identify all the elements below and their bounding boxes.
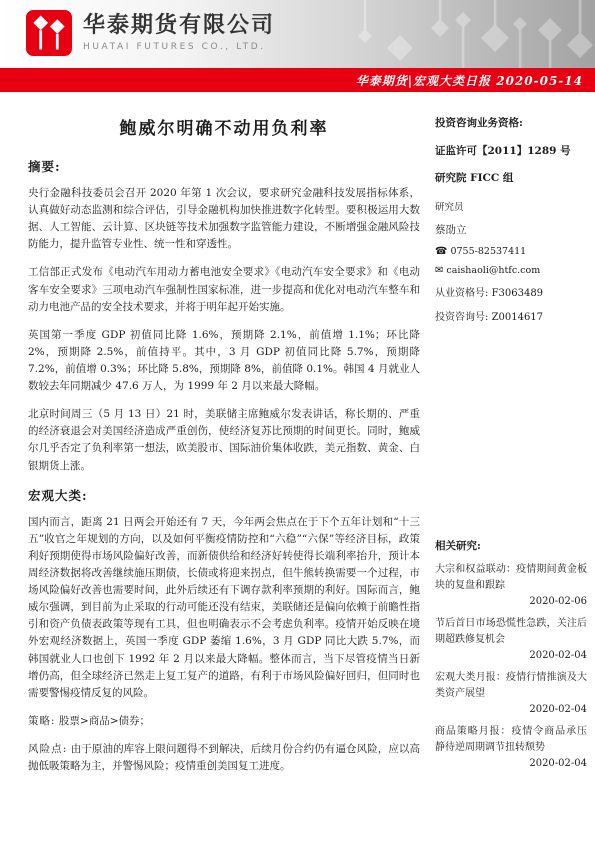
header-diamond-pattern xyxy=(345,0,595,68)
report-title: 鲍威尔明确不动用负利率 xyxy=(56,114,392,139)
abstract-paragraph: 英国第一季度 GDP 初值同比降 1.6%，预期降 2.1%，前值增 1.1%；… xyxy=(28,327,420,395)
advisory-cert-label: 投资咨询号: xyxy=(435,312,488,323)
practice-cert-label: 从业资格号: xyxy=(435,288,488,299)
researcher-label: 研究员 xyxy=(435,199,587,213)
advisory-cert-value: Z0014617 xyxy=(492,312,543,323)
email-row: ✉caishaoli@htfc.com xyxy=(435,265,587,276)
related-research-item: 商品策略月报：疫情令商品承压 静待逆周期调节扭转颓势 2020-02-04 xyxy=(435,724,587,769)
company-name-cn: 华泰期货有限公司 xyxy=(83,14,275,38)
related-item-title: 商品策略月报：疫情令商品承压 静待逆周期调节扭转颓势 xyxy=(435,724,587,755)
sidebar-column: 投资咨询业务资格: 证监许可【2011】1289 号 研究院 FICC 组 研究… xyxy=(435,92,587,786)
report-page: 华泰期货有限公司 HUATAI FUTURES CO., LTD. 华泰期货|宏… xyxy=(0,0,595,842)
research-team: 研究院 FICC 组 xyxy=(435,171,587,186)
strategy-line: 策略: 股票>商品>债券； xyxy=(28,713,420,730)
related-item-date: 2020-02-04 xyxy=(435,704,587,715)
macro-heading: 宏观大类: xyxy=(28,486,420,504)
related-item-date: 2020-02-04 xyxy=(435,650,587,661)
email-address[interactable]: caishaoli@htfc.com xyxy=(446,265,540,276)
phone-number: 0755-82537411 xyxy=(450,246,526,257)
related-item-title: 宏观大类月报：疫情行情推演及大类资产展望 xyxy=(435,670,587,701)
envelope-icon: ✉ xyxy=(435,265,443,276)
risk-label: 风险点: xyxy=(28,743,67,755)
related-item-title: 大宗和权益联动：疫情期间黄金板块的复盘和跟踪 xyxy=(435,562,587,593)
risk-text: 由于原油的库容上限问题得不到解决，后续月份合约仍有逼仓风险，应以高抛低吸策略为主… xyxy=(28,743,420,772)
advisory-cert-row: 投资咨询号: Z0014617 xyxy=(435,308,587,323)
practice-cert-value: F3063489 xyxy=(492,288,543,299)
main-column: 鲍威尔明确不动用负利率 摘要: 央行金融科技委员会召开 2020 年第 1 次会… xyxy=(28,92,420,786)
related-research-item: 宏观大类月报：疫情行情推演及大类资产展望 2020-02-04 xyxy=(435,670,587,715)
company-name-en: HUATAI FUTURES CO., LTD. xyxy=(83,42,275,52)
content-area: 鲍威尔明确不动用负利率 摘要: 央行金融科技委员会召开 2020 年第 1 次会… xyxy=(0,92,595,786)
phone-row: ☎0755-82537411 xyxy=(435,246,587,257)
related-research-item: 大宗和权益联动：疫情期间黄金板块的复盘和跟踪 2020-02-06 xyxy=(435,562,587,607)
brand-block: 华泰期货有限公司 HUATAI FUTURES CO., LTD. xyxy=(26,10,275,56)
related-item-date: 2020-02-04 xyxy=(435,758,587,769)
strategy-text: 股票>商品>债券； xyxy=(59,715,150,727)
abstract-paragraph: 北京时间周三（5 月 13 日）21 时，美联储主席鲍威尔发表讲话，称长期的、严… xyxy=(28,406,420,474)
researcher-name: 蔡劭立 xyxy=(435,222,587,237)
abstract-heading: 摘要: xyxy=(28,157,420,175)
page-header: 华泰期货有限公司 HUATAI FUTURES CO., LTD. xyxy=(0,0,595,68)
report-banner: 华泰期货|宏观大类日报 2020-05-14 xyxy=(0,68,595,92)
related-item-date: 2020-02-06 xyxy=(435,596,587,607)
macro-paragraph: 国内而言，距离 21 日两会开始还有 7 天，今年两会焦点在于下个五年计划和“十… xyxy=(28,514,420,702)
company-name-block: 华泰期货有限公司 HUATAI FUTURES CO., LTD. xyxy=(83,14,275,51)
related-research-heading: 相关研究: xyxy=(435,538,587,553)
abstract-paragraph: 工信部正式发布《电动汽车用动力蓄电池安全要求》《电动汽车安全要求》和《电动客车安… xyxy=(28,264,420,315)
strategy-label: 策略: xyxy=(28,715,56,727)
related-research-item: 节后首日市场恐慌性急跌，关注后期超跌修复机会 2020-02-04 xyxy=(435,616,587,661)
practice-cert-row: 从业资格号: F3063489 xyxy=(435,284,587,299)
related-item-title: 节后首日市场恐慌性急跌，关注后期超跌修复机会 xyxy=(435,616,587,647)
license-number: 证监许可【2011】1289 号 xyxy=(435,144,587,159)
phone-icon: ☎ xyxy=(435,246,447,257)
huatai-logo-icon xyxy=(26,10,72,56)
abstract-paragraph: 央行金融科技委员会召开 2020 年第 1 次会议，要求研究金融科技发展指标体系… xyxy=(28,185,420,253)
banner-text: 华泰期货|宏观大类日报 2020-05-14 xyxy=(356,72,583,89)
risk-line: 风险点: 由于原油的库容上限问题得不到解决，后续月份合约仍有逼仓风险，应以高抛低… xyxy=(28,741,420,775)
qualification-title: 投资咨询业务资格: xyxy=(435,116,587,131)
